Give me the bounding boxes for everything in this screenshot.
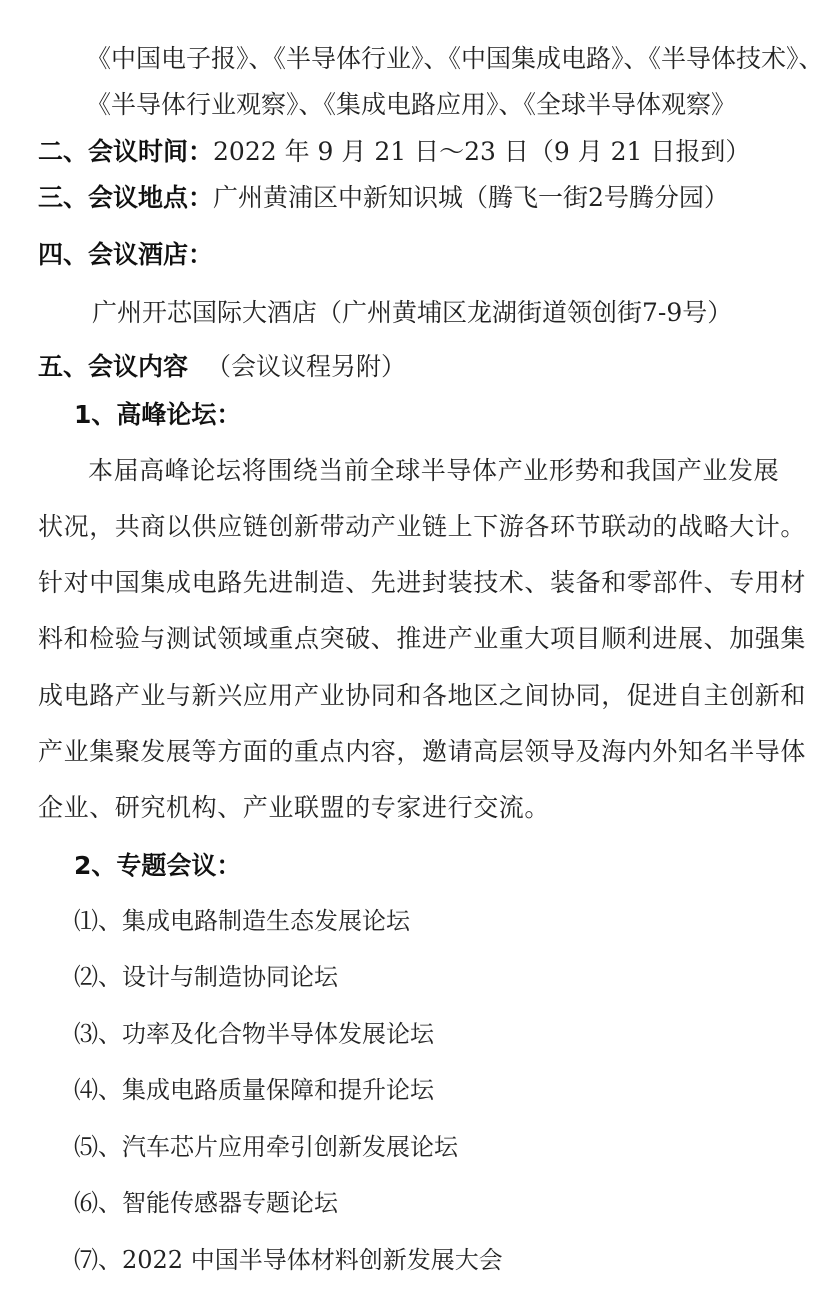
- meeting-time-value: 2022 年 9 月 21 日～23 日（9 月 21 日报到）: [213, 137, 750, 166]
- topic-item: ⑴、集成电路制造生态发展论坛: [74, 906, 410, 936]
- meeting-hotel-heading: 四、会议酒店：: [38, 240, 213, 270]
- topic-item: ⑺、2022 中国半导体材料创新发展大会: [74, 1245, 503, 1275]
- meeting-location-value: 广州黄浦区中新知识城（腾飞一街2号腾分园）: [213, 183, 729, 212]
- meeting-content-heading: 五、会议内容: [38, 352, 188, 381]
- meeting-content-row: 五、会议内容 （会议议程另附）: [38, 352, 406, 382]
- summit-paragraph-line: 料和检验与测试领域重点突破、推进产业重大项目顺利进展、加强集: [38, 624, 806, 654]
- summit-paragraph-line: 企业、研究机构、产业联盟的专家进行交流。: [38, 793, 550, 823]
- summit-paragraph-line: 本届高峰论坛将围绕当前全球半导体产业形势和我国产业发展: [88, 456, 779, 486]
- summit-paragraph-line: 针对中国集成电路先进制造、先进封装技术、装备和零部件、专用材: [38, 568, 806, 598]
- topic-item: ⑷、集成电路质量保障和提升论坛: [74, 1075, 434, 1105]
- topics-heading: 2、专题会议：: [74, 851, 241, 881]
- topic-item: ⑹、智能传感器专题论坛: [74, 1188, 338, 1218]
- summit-paragraph-line: 产业集聚发展等方面的重点内容，邀请高层领导及海内外知名半导体: [38, 737, 806, 767]
- publications-line-1: 《中国电子报》、《半导体行业》、《中国集成电路》、《半导体技术》、: [86, 44, 820, 74]
- topic-item: ⑵、设计与制造协同论坛: [74, 962, 338, 992]
- summit-paragraph-line: 成电路产业与新兴应用产业协同和各地区之间协同，促进自主创新和: [38, 681, 806, 711]
- summit-heading: 1、高峰论坛：: [74, 400, 241, 430]
- meeting-time-heading: 二、会议时间：: [38, 137, 213, 166]
- meeting-location-row: 三、会议地点：广州黄浦区中新知识城（腾飞一街2号腾分园）: [38, 183, 729, 213]
- topic-item: ⑸、汽车芯片应用牵引创新发展论坛: [74, 1132, 458, 1162]
- meeting-time-row: 二、会议时间：2022 年 9 月 21 日～23 日（9 月 21 日报到）: [38, 137, 750, 167]
- meeting-location-heading: 三、会议地点：: [38, 183, 213, 212]
- meeting-content-note: （会议议程另附）: [206, 352, 406, 381]
- publications-line-2: 《半导体行业观察》、《集成电路应用》、《全球半导体观察》: [86, 90, 736, 120]
- topic-item: ⑶、功率及化合物半导体发展论坛: [74, 1019, 434, 1049]
- meeting-hotel-value: 广州开芯国际大酒店（广州黄埔区龙湖街道领创街7-9号）: [92, 298, 732, 328]
- summit-paragraph-line: 状况，共商以供应链创新带动产业链上下游各环节联动的战略大计。: [38, 512, 806, 542]
